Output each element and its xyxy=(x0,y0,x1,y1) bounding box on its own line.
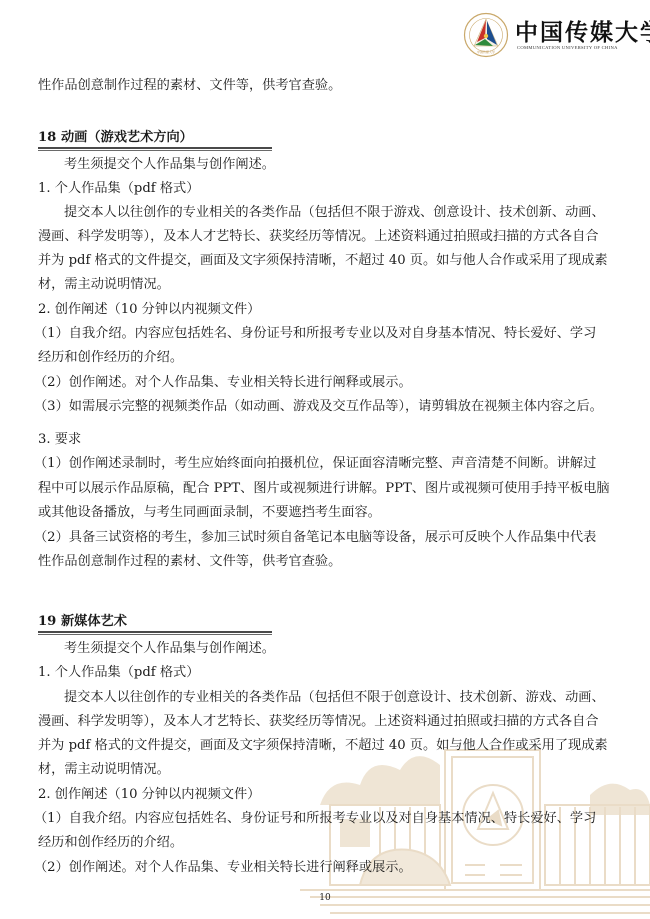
paragraph-line: 经历和创作经历的介绍。 xyxy=(38,831,183,855)
university-name-en: COMMUNICATION UNIVERSITY OF CHINA xyxy=(517,45,618,50)
paragraph-line: （1）自我介绍。内容应包括姓名、身份证号和所报考专业以及对自身基本情况、特长爱好… xyxy=(34,322,596,346)
paragraph-line: （3）如需展示完整的视频类作品（如动画、游戏及交互作品等），请剪辑放在视频主体内… xyxy=(34,395,603,419)
paragraph-line: （2）创作阐述。对个人作品集、专业相关特长进行阐释或展示。 xyxy=(34,856,412,880)
continuation-text: 性作品创意制作过程的素材、文件等，供考官查验。 xyxy=(38,74,341,98)
paragraph-line: 漫画、科学发明等），及本人才艺特长、获奖经历等情况。上述资料通过拍照或扫描的方式… xyxy=(38,225,598,249)
paragraph-line: 并为 pdf 格式的文件提交，画面及文字须保持清晰，不超过 40 页。如与他人合… xyxy=(38,734,608,758)
heading-underline xyxy=(38,631,272,635)
paragraph-line: 漫画、科学发明等），及本人才艺特长、获奖经历等情况。上述资料通过拍照或扫描的方式… xyxy=(38,710,598,734)
university-name-cn: 中国传媒大学 xyxy=(515,14,650,47)
heading-underline xyxy=(38,147,272,151)
item-title: 2. 创作阐述（10 分钟以内视频文件） xyxy=(38,298,260,322)
paragraph-line: 材，需主动说明情况。 xyxy=(38,273,170,297)
paragraph-line: （2）创作阐述。对个人作品集、专业相关特长进行阐释或展示。 xyxy=(34,371,412,395)
item-title: 1. 个人作品集（pdf 格式） xyxy=(38,661,199,685)
paragraph-line: 经历和创作经历的介绍。 xyxy=(38,346,183,370)
paragraph-line: 材，需主动说明情况。 xyxy=(38,758,170,782)
paragraph-line: （1）自我介绍。内容应包括姓名、身份证号和所报考专业以及对自身基本情况、特长爱好… xyxy=(34,807,596,831)
university-logo: 中国传媒大学 中国传媒大学 COMMUNICATION UNIVERSITY O… xyxy=(463,12,643,58)
paragraph-line: 提交本人以往创作的专业相关的各类作品（包括但不限于创意设计、技术创新、游戏、动画… xyxy=(38,686,605,710)
paragraph-line: 并为 pdf 格式的文件提交，画面及文字须保持清晰，不超过 40 页。如与他人合… xyxy=(38,249,608,273)
item-title: 2. 创作阐述（10 分钟以内视频文件） xyxy=(38,783,260,807)
paragraph-line: 程中可以展示作品原稿，配合 PPT、图片或视频进行讲解。PPT、图片或视频可使用… xyxy=(38,477,610,501)
paragraph-line: （1）创作阐述录制时，考生应始终面向拍摄机位，保证面容清晰完整、声音清楚不间断。… xyxy=(34,452,596,476)
paragraph-line: （2）具备三试资格的考生，参加三试时须自备笔记本电脑等设备，展示可反映个人作品集… xyxy=(34,526,596,550)
item-title: 3. 要求 xyxy=(38,428,81,452)
section-intro: 考生须提交个人作品集与创作阐述。 xyxy=(38,637,275,661)
paragraph-line: 提交本人以往创作的专业相关的各类作品（包括但不限于游戏、创意设计、技术创新、动画… xyxy=(38,201,605,225)
university-seal-icon: 中国传媒大学 xyxy=(463,12,509,58)
paragraph-line: 或其他设备播放，与考生同画面录制，不要遮挡考生面容。 xyxy=(38,501,381,525)
section-intro: 考生须提交个人作品集与创作阐述。 xyxy=(38,153,275,177)
item-title: 1. 个人作品集（pdf 格式） xyxy=(38,177,199,201)
svg-text:中国传媒大学: 中国传媒大学 xyxy=(477,49,495,54)
paragraph-line: 性作品创意制作过程的素材、文件等，供考官查验。 xyxy=(38,550,341,574)
page-number: 10 xyxy=(0,893,650,903)
